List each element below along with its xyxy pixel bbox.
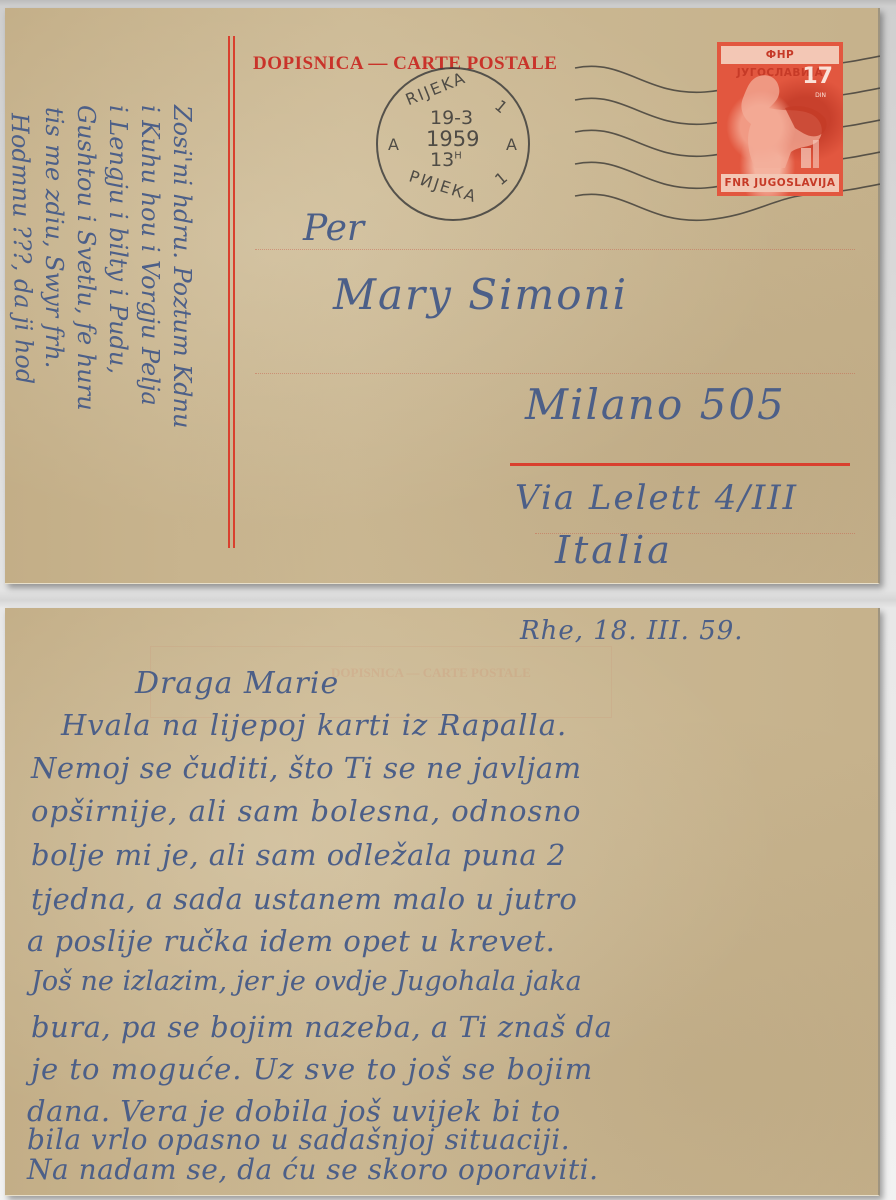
postmark-year: 1959 (426, 127, 479, 151)
address-prefix: Per (303, 208, 364, 249)
divider-line-left (228, 36, 230, 548)
side-message: Hodmnu ???, da ji hod tis me zdiu, Swyr … (4, 105, 214, 645)
letter-line: bila vrlo opasno u sadašnjoj situaciji. (27, 1123, 570, 1156)
side-message-line: Hodmnu ???, da ji hod (6, 113, 39, 385)
address-guide-line (255, 249, 855, 250)
address-guide-line (255, 373, 855, 374)
side-message-line: i Lengju i bilty i Pudu, (104, 105, 132, 374)
postage-stamp: ФНР ЈУГОСЛАВИЈА 17 DIN FNR JUGOSLAVIJA (717, 42, 843, 196)
letter-line: bura, pa se bojim nazeba, a Ti znaš da (31, 1010, 612, 1044)
ghost-header-text: DOPISNICA — CARTE POSTALE (331, 665, 531, 681)
stamp-top-band: ФНР ЈУГОСЛАВИЈА (721, 46, 839, 64)
side-message-line: Zosi'ni hdru. Poztum Kdnu (168, 105, 196, 428)
address-country: Italia (555, 528, 673, 572)
letter-line: opširnije, ali sam bolesna, odnosno (31, 794, 581, 828)
side-message-line: i Kuhu hou i Vorgju Pelja (136, 105, 164, 406)
address-street: Via Lelett 4/III (515, 478, 798, 518)
postmark: RIJEKA 1 A A 19-3 1959 13H РИЈЕКА 1 (376, 67, 530, 221)
stamp-figure-with-ox-icon (725, 68, 835, 176)
side-message-line: tis me zdiu, Swyr frh. (40, 107, 68, 368)
letter-date: Rhe, 18. III. 59. (520, 616, 744, 646)
postmark-number-top: 1 (491, 96, 511, 117)
side-message-line: Gushtou i Svetlu, fe huru (72, 105, 100, 411)
address-city: Milano 505 (525, 380, 786, 429)
divider-line-right (233, 36, 235, 548)
postmark-hour: 13H (430, 149, 462, 171)
postmark-letter-right: A (506, 135, 517, 154)
letter-line: je to moguće. Uz sve to još se bojim (31, 1052, 593, 1086)
address-city-underline (510, 463, 850, 466)
letter-line: a poslije ručka idem opet u krevet. (27, 924, 555, 958)
postmark-hour-value: 13 (430, 149, 454, 171)
letter-line: bolje mi je, ali sam odležala puna 2 (31, 838, 566, 872)
letter-greeting: Draga Marie (135, 666, 339, 701)
letter-line: Hvala na lijepoj karti iz Rapalla. (61, 708, 567, 742)
letter-line: Na nadam se, da ću se skoro oporaviti. (27, 1153, 599, 1186)
postmark-hour-suffix: H (454, 151, 462, 162)
postmark-letter-left: A (388, 135, 399, 154)
postmark-city-bottom: РИЈЕКА (407, 167, 480, 207)
card-header-title: DOPISNICA — CARTE POSTALE (253, 53, 557, 75)
letter-line: Nemoj se čuditi, što Ti se ne javljam (31, 751, 582, 785)
postcard-back: DOPISNICA — CARTE POSTALE Rhe, 18. III. … (5, 608, 880, 1196)
postmark-number-bottom: 1 (491, 168, 511, 189)
postcard-front: Hodmnu ???, da ji hod tis me zdiu, Swyr … (5, 8, 880, 584)
address-name: Mary Simoni (333, 270, 628, 319)
letter-line: tjedna, a sada ustanem malo u jutro (31, 882, 577, 916)
letter-line: Još ne izlazim, jer je ovdje Jugohala ja… (31, 966, 582, 997)
postmark-date: 19-3 (430, 107, 473, 129)
stamp-bottom-band: FNR JUGOSLAVIJA (721, 174, 839, 192)
